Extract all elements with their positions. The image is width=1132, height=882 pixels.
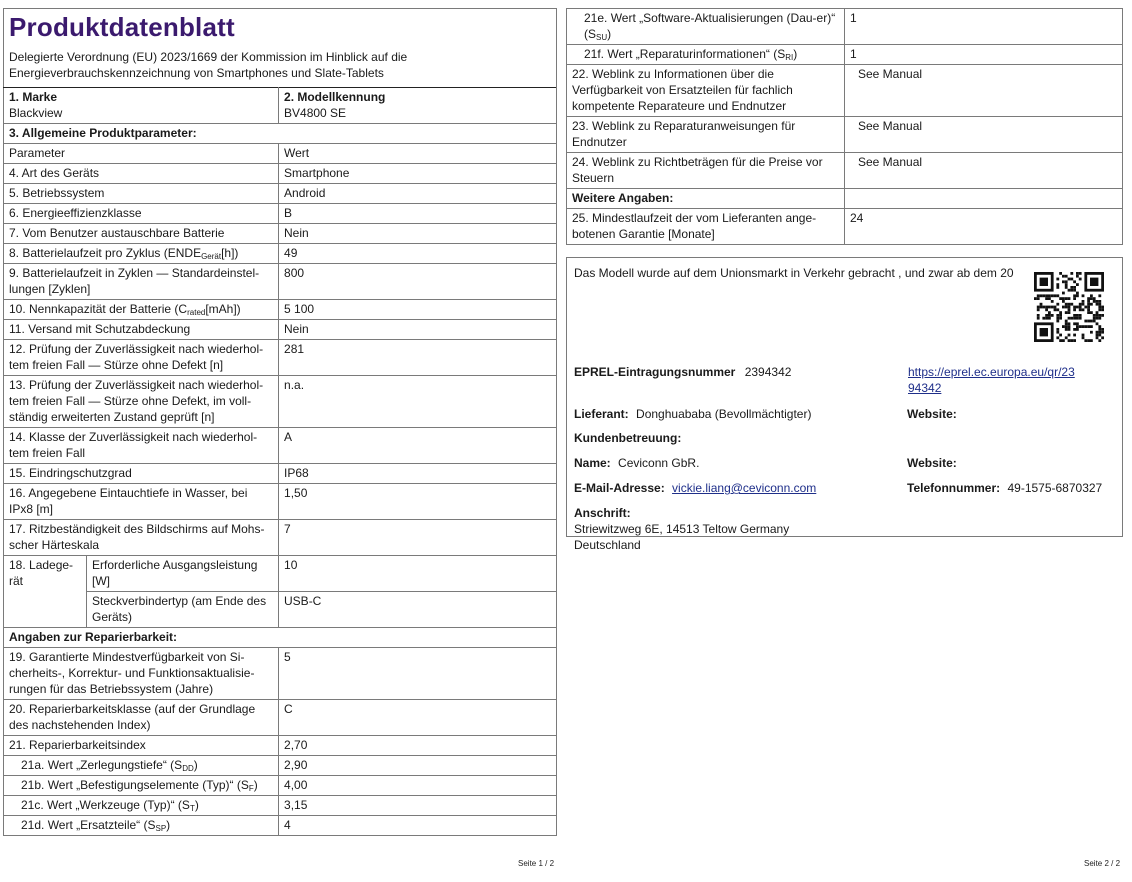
address-block: Anschrift: Striewitzweg 6E, 14513 Teltow…	[574, 505, 789, 553]
empty-cell	[845, 189, 1123, 209]
parameter-value: A	[279, 428, 557, 464]
table-row: 6. EnergieeffizienzklasseB	[4, 204, 557, 224]
parameter-label: 19. Garantierte Mindestverfügbarkeit von…	[4, 648, 279, 700]
parameter-value: 5 100	[279, 300, 557, 320]
parameter-value: 49	[279, 244, 557, 264]
charger-row: 18. Ladege-rät Erforderliche Ausgangslei…	[4, 556, 557, 592]
parameter-value: Nein	[279, 320, 557, 340]
parameter-value: 4,00	[279, 776, 557, 796]
subscript: Gerät	[201, 252, 221, 261]
section-repair-title: Angaben zur Reparierbarkeit:	[4, 628, 557, 648]
parameter-value: C	[279, 700, 557, 736]
parameter-value: 2,70	[279, 736, 557, 756]
page-2: 21e. Wert „Software-Aktualisierungen (Da…	[566, 8, 1123, 537]
table-row: 21c. Wert „Werkzeuge (Typ)“ (ST)3,15	[4, 796, 557, 816]
eprel-number: 2394342	[745, 365, 792, 379]
phone-label: Telefonnummer:	[907, 481, 1000, 495]
table-row: 7. Vom Benutzer austauschbare BatterieNe…	[4, 224, 557, 244]
parameter-label: 21f. Wert „Reparaturinformationen“ (SRI)	[567, 45, 845, 65]
warranty-label: 25. Mindestlaufzeit der vom Lieferanten …	[567, 209, 845, 245]
parameter-value: 1	[845, 45, 1123, 65]
subtitle-line-1: Delegierte Verordnung (EU) 2023/1669 der…	[9, 49, 551, 65]
parameter-value: See Manual	[845, 153, 1123, 189]
parameter-label: 21d. Wert „Ersatzteile“ (SSP)	[4, 816, 279, 836]
table-row: 4. Art des GerätsSmartphone	[4, 164, 557, 184]
parameter-label: 17. Ritzbeständigkeit des Bildschirms au…	[4, 520, 279, 556]
parameter-label: 4. Art des Geräts	[4, 164, 279, 184]
charger-connector-value: USB-C	[279, 592, 557, 628]
table-row: 21e. Wert „Software-Aktualisierungen (Da…	[567, 9, 1123, 45]
page-title: Produktdatenblatt	[9, 11, 551, 43]
page-1: Produktdatenblatt Delegierte Verordnung …	[3, 8, 557, 836]
eprel-link-line-1: https://eprel.ec.europa.eu/qr/23	[908, 364, 1075, 380]
parameter-value: Smartphone	[279, 164, 557, 184]
table-row: 16. Angegebene Eintauchtiefe in Wasser, …	[4, 484, 557, 520]
header-box: Produktdatenblatt Delegierte Verordnung …	[3, 8, 557, 87]
parameter-value: Android	[279, 184, 557, 204]
support-website-label: Website:	[907, 455, 957, 471]
header-value: Wert	[279, 144, 557, 164]
parameter-label: 9. Batterielaufzeit in Zyklen — Standard…	[4, 264, 279, 300]
supplier-website-label: Website:	[907, 406, 957, 422]
parameter-value: B	[279, 204, 557, 224]
parameter-label: 16. Angegebene Eintauchtiefe in Wasser, …	[4, 484, 279, 520]
parameter-value: 3,15	[279, 796, 557, 816]
subtitle-line-2: Energieverbrauchskennzeichnung von Smart…	[9, 65, 551, 81]
supplier-label: Lieferant:	[574, 407, 629, 421]
section-header-repair: Angaben zur Reparierbarkeit:	[4, 628, 557, 648]
supplier-info-box: Das Modell wurde auf dem Unionsmarkt in …	[566, 257, 1123, 537]
parameter-label: 22. Weblink zu Informationen über die Ve…	[567, 65, 845, 117]
parameter-label: 8. Batterielaufzeit pro Zyklus (ENDEGerä…	[4, 244, 279, 264]
parameter-value: 5	[279, 648, 557, 700]
parameter-label: 5. Betriebssystem	[4, 184, 279, 204]
name-label: Name:	[574, 456, 611, 470]
subscript: SU	[596, 33, 607, 42]
parameter-value: 1,50	[279, 484, 557, 520]
parameter-value: See Manual	[845, 65, 1123, 117]
parameter-label: 11. Versand mit Schutzabdeckung	[4, 320, 279, 340]
market-date-text: Das Modell wurde auf dem Unionsmarkt in …	[574, 266, 1034, 280]
parameter-label: 13. Prüfung der Zuverlässigkeit nach wie…	[4, 376, 279, 428]
table-row: 10. Nennkapazität der Batterie (Crated[m…	[4, 300, 557, 320]
eprel-row: EPREL-Eintragungsnummer 2394342	[574, 364, 791, 380]
parameter-label: 14. Klasse der Zuverlässigkeit nach wied…	[4, 428, 279, 464]
address-label: Anschrift:	[574, 505, 789, 521]
parameter-value: 1	[845, 9, 1123, 45]
subscript: T	[190, 804, 195, 813]
subscript: DD	[182, 764, 194, 773]
brand-value: Blackview	[9, 105, 274, 121]
page-1-footer: Seite 1 / 2	[518, 859, 554, 868]
model-value: BV4800 SE	[284, 105, 552, 121]
parameter-label: 20. Reparierbarkeitsklasse (auf der Grun…	[4, 700, 279, 736]
email-link[interactable]: vickie.liang@ceviconn.com	[672, 481, 816, 495]
subscript: SP	[155, 824, 166, 833]
supplier-row: Lieferant: Donghuababa (Bevollmächtigter…	[574, 406, 811, 422]
warranty-row: 25. Mindestlaufzeit der vom Lieferanten …	[567, 209, 1123, 245]
table-row: 11. Versand mit SchutzabdeckungNein	[4, 320, 557, 340]
parameter-value: Nein	[279, 224, 557, 244]
parameter-label: 7. Vom Benutzer austauschbare Batterie	[4, 224, 279, 244]
table-row: 24. Weblink zu Richtbeträgen für die Pre…	[567, 153, 1123, 189]
table-row: 9. Batterielaufzeit in Zyklen — Standard…	[4, 264, 557, 300]
parameter-value: 281	[279, 340, 557, 376]
parameter-label: 21a. Wert „Zerlegungstiefe“ (SDD)	[4, 756, 279, 776]
charger-power-label: Erforderliche Ausgangsleistung [W]	[87, 556, 279, 592]
page-2-footer: Seite 2 / 2	[1084, 859, 1120, 868]
support-name-row: Name: Ceviconn GbR.	[574, 455, 699, 471]
parameter-value: 800	[279, 264, 557, 300]
charger-label: 18. Ladege-rät	[4, 556, 87, 628]
model-cell: 2. Modellkennung BV4800 SE	[279, 88, 557, 124]
supplier-value: Donghuababa (Bevollmächtigter)	[636, 407, 811, 421]
parameter-value: IP68	[279, 464, 557, 484]
table-row: 23. Weblink zu Reparaturanweisungen für …	[567, 117, 1123, 153]
parameter-label: 12. Prüfung der Zuverlässigkeit nach wie…	[4, 340, 279, 376]
parameter-label: 21b. Wert „Befestigungselemente (Typ)“ (…	[4, 776, 279, 796]
table-row: 13. Prüfung der Zuverlässigkeit nach wie…	[4, 376, 557, 428]
subscript: F	[249, 784, 254, 793]
section-header-general: 3. Allgemeine Produktparameter:	[4, 124, 557, 144]
parameter-label: 21c. Wert „Werkzeuge (Typ)“ (ST)	[4, 796, 279, 816]
warranty-value: 24	[845, 209, 1123, 245]
repair-continued-table: 21e. Wert „Software-Aktualisierungen (Da…	[566, 8, 1123, 245]
eprel-label: EPREL-Eintragungsnummer	[574, 365, 735, 379]
charger-connector-row: Steckverbindertyp (am Ende des Geräts) U…	[4, 592, 557, 628]
eprel-link[interactable]: https://eprel.ec.europa.eu/qr/23 94342	[908, 364, 1075, 396]
table-row: 22. Weblink zu Informationen über die Ve…	[567, 65, 1123, 117]
parameter-label: 15. Eindringschutzgrad	[4, 464, 279, 484]
parameter-value: 4	[279, 816, 557, 836]
regulation-subtitle: Delegierte Verordnung (EU) 2023/1669 der…	[9, 49, 551, 81]
parameter-value: 7	[279, 520, 557, 556]
table-row: 21a. Wert „Zerlegungstiefe“ (SDD)2,90	[4, 756, 557, 776]
charger-power-value: 10	[279, 556, 557, 592]
header-parameter: Parameter	[4, 144, 279, 164]
table-row: 20. Reparierbarkeitsklasse (auf der Grun…	[4, 700, 557, 736]
brand-model-row: 1. Marke Blackview 2. Modellkennung BV48…	[4, 88, 557, 124]
parameter-value: n.a.	[279, 376, 557, 428]
table-row: 19. Garantierte Mindestverfügbarkeit von…	[4, 648, 557, 700]
table-row: 21b. Wert „Befestigungselemente (Typ)“ (…	[4, 776, 557, 796]
parameter-label: 21e. Wert „Software-Aktualisierungen (Da…	[567, 9, 845, 45]
customer-support-label: Kundenbetreuung:	[574, 430, 681, 446]
table-row: 14. Klasse der Zuverlässigkeit nach wied…	[4, 428, 557, 464]
table-row: 17. Ritzbeständigkeit des Bildschirms au…	[4, 520, 557, 556]
table-row: 8. Batterielaufzeit pro Zyklus (ENDEGerä…	[4, 244, 557, 264]
charger-connector-label: Steckverbindertyp (am Ende des Geräts)	[87, 592, 279, 628]
phone-row: Telefonnummer: 49-1575-6870327	[907, 480, 1102, 496]
qr-code-icon[interactable]	[1034, 272, 1104, 342]
table-row: 15. EindringschutzgradIP68	[4, 464, 557, 484]
email-label: E-Mail-Adresse:	[574, 481, 665, 495]
email-row: E-Mail-Adresse: vickie.liang@ceviconn.co…	[574, 480, 816, 496]
table-row: 12. Prüfung der Zuverlässigkeit nach wie…	[4, 340, 557, 376]
brand-cell: 1. Marke Blackview	[4, 88, 279, 124]
address-line-2: Deutschland	[574, 537, 789, 553]
subscript: RI	[785, 53, 793, 62]
address-line-1: Striewitzweg 6E, 14513 Teltow Germany	[574, 521, 789, 537]
table-row: 21f. Wert „Reparaturinformationen“ (SRI)…	[567, 45, 1123, 65]
phone-value: 49-1575-6870327	[1007, 481, 1102, 495]
eprel-link-line-2: 94342	[908, 380, 1075, 396]
table-row: 21. Reparierbarkeitsindex2,70	[4, 736, 557, 756]
model-label: 2. Modellkennung	[284, 89, 552, 105]
product-parameter-table: 1. Marke Blackview 2. Modellkennung BV48…	[3, 87, 557, 836]
parameter-label: 6. Energieeffizienzklasse	[4, 204, 279, 224]
section-header-more: Weitere Angaben:	[567, 189, 1123, 209]
parameter-label: 24. Weblink zu Richtbeträgen für die Pre…	[567, 153, 845, 189]
column-header-row: Parameter Wert	[4, 144, 557, 164]
parameter-value: See Manual	[845, 117, 1123, 153]
section-more-title: Weitere Angaben:	[567, 189, 845, 209]
section-general-title: 3. Allgemeine Produktparameter:	[4, 124, 557, 144]
brand-label: 1. Marke	[9, 89, 274, 105]
parameter-value: 2,90	[279, 756, 557, 776]
subscript: rated	[187, 308, 205, 317]
parameter-label: 10. Nennkapazität der Batterie (Crated[m…	[4, 300, 279, 320]
table-row: 5. BetriebssystemAndroid	[4, 184, 557, 204]
parameter-label: 21. Reparierbarkeitsindex	[4, 736, 279, 756]
name-value: Ceviconn GbR.	[618, 456, 699, 470]
parameter-label: 23. Weblink zu Reparaturanweisungen für …	[567, 117, 845, 153]
table-row: 21d. Wert „Ersatzteile“ (SSP)4	[4, 816, 557, 836]
